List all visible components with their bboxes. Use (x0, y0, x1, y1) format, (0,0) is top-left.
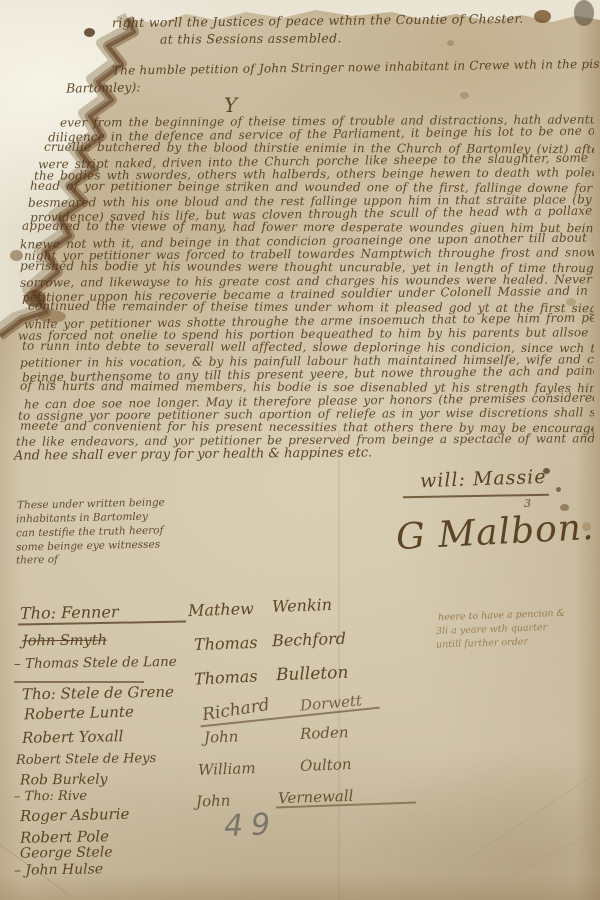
signature-first-name: John (204, 727, 239, 746)
paragraph-flourish: Y (224, 93, 237, 117)
signature-left: – Thomas Stele de Lane (14, 654, 177, 672)
signature-first-name: Thomas (194, 666, 258, 688)
signature-left: Robert Yoxall (22, 727, 124, 747)
signature-left: Tho: Fenner (20, 602, 119, 623)
massie-signature: will: Massie (420, 466, 547, 492)
witness-note-line: there of (16, 554, 58, 567)
ink-speck (447, 40, 454, 46)
ink-speck (556, 487, 561, 492)
signature-left: Tho: Stele de Grene (22, 683, 174, 704)
signature-first-name: John (196, 791, 231, 810)
signature-left: – John Hulse (14, 861, 103, 879)
massie-number: 3 (524, 497, 531, 510)
signature-left: John Smyth (22, 633, 107, 650)
ink-blot (534, 10, 551, 23)
signature-first-name: Thomas (194, 633, 258, 654)
archive-number-pencil: 49 (223, 807, 278, 844)
petition-title-line-2: Bartomley): (66, 79, 141, 95)
closing-line: And hee shall ever pray for yor health &… (14, 445, 372, 463)
signature-surname: Bulleton (276, 663, 349, 686)
signature-surname: Oulton (300, 755, 352, 775)
signature-left: George Stele (20, 844, 113, 861)
signature-left: Roger Asburie (20, 805, 130, 825)
signature-surname: Bechford (272, 629, 347, 651)
ink-blot (84, 28, 95, 37)
fox-spot (460, 92, 469, 99)
petition-heading-line-2: at this Sessions assembled. (160, 30, 342, 46)
signature-left: Rob Burkely (20, 772, 108, 789)
scanned-petition-document: right worll the Justices of peace wthin … (0, 0, 600, 900)
signature-first-name: William (198, 759, 256, 779)
signature-left: Robert Stele de Heys (16, 751, 156, 768)
signature-left: Roberte Lunte (24, 703, 134, 724)
signature-first-name: Mathew (188, 599, 254, 620)
corner-stain (574, 0, 594, 26)
signature-surname: Wenkin (272, 595, 333, 616)
signature-surname: Roden (300, 723, 349, 743)
signature-flourish-line (14, 681, 144, 683)
signature-left: – Tho: Rive (14, 789, 87, 805)
